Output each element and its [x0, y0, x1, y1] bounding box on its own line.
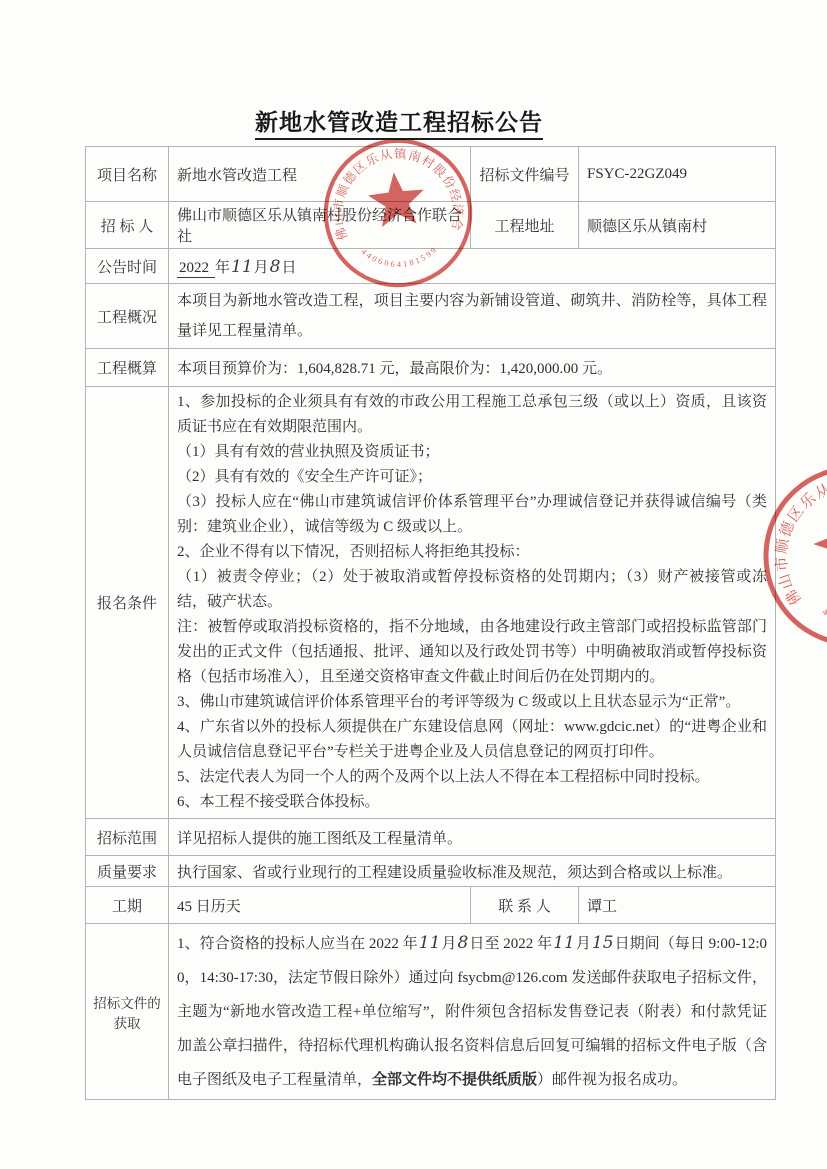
scope-label: 招标范围: [86, 819, 169, 856]
condition-paragraph: 4、广东省以外的投标人须提供在广东建设信息网（网址：www.gdcic.net）…: [177, 715, 767, 765]
condition-paragraph: 1、参加投标的企业须具有有效的市政公用工程施工总承包三级（或以上）资质，且该资质…: [177, 390, 767, 440]
doc-number-label: 招标文件编号: [471, 147, 579, 202]
table-row-duration: 工期 45 日历天 联 系 人 谭工: [86, 887, 776, 924]
obtain-day1-handwritten: 8: [457, 933, 470, 953]
announce-day-handwritten: 8: [269, 257, 282, 277]
overview-value: 本项目为新地水管改造工程，项目主要内容为新铺设管道、砌筑井、消防栓等，具体工程量…: [169, 284, 776, 349]
site-address-value: 顺德区乐从镇南村: [579, 202, 776, 249]
tenderer-value: 佛山市顺德区乐从镇南村股份经济合作联合社: [169, 202, 471, 249]
table-row-obtain-docs: 招标文件的获取 1、符合资格的投标人应当在 2022 年11月8日至 2022 …: [86, 924, 776, 1100]
project-name-value: 新地水管改造工程: [169, 147, 471, 202]
announce-year-unit: 年: [215, 260, 230, 276]
obtain-seg: ）邮件视为报名成功。: [537, 1072, 687, 1088]
announce-month-handwritten: 11: [230, 257, 254, 277]
condition-paragraph: （2）具有有效的《安全生产许可证》；: [177, 465, 767, 490]
table-row-quality: 质量要求 执行国家、省或行业现行的工程建设质量验收标准及规范，须达到合格或以上标…: [86, 856, 776, 887]
obtain-seg: 月: [441, 936, 456, 952]
table-row-project: 项目名称 新地水管改造工程 招标文件编号 FSYC-22GZ049: [86, 147, 776, 202]
page-title: 新地水管改造工程招标公告: [0, 104, 798, 137]
tenderer-label: 招 标 人: [86, 202, 169, 249]
condition-paragraph: （1）被责令停业；（2）处于被取消或暂停投标资格的处罚期内；（3）财产被接管或冻…: [177, 565, 767, 615]
obtain-seg: 日期间（每日 9:00-12:00，14:30-17:30，法定节假日除外）通过…: [177, 936, 767, 1088]
announce-year: 2022: [177, 260, 215, 278]
budget-label: 工程概算: [86, 349, 169, 387]
contact-value: 谭工: [579, 887, 776, 924]
condition-paragraph: 注：被暂停或取消投标资格的，指不分地域，由各地建设行政主管部门或招投标监管部门发…: [177, 615, 767, 690]
condition-paragraph: （3）投标人应在“佛山市建筑诚信评价体系管理平台”办理诚信登记并获得诚信编号（类…: [177, 490, 767, 540]
announce-date-label: 公告时间: [86, 249, 169, 284]
quality-value: 执行国家、省或行业现行的工程建设质量验收标准及规范，须达到合格或以上标准。: [169, 856, 776, 887]
announce-month-unit: 月: [254, 260, 269, 276]
obtain-docs-value: 1、符合资格的投标人应当在 2022 年11月8日至 2022 年11月15日期…: [169, 924, 776, 1100]
table-row-announce-date: 公告时间 2022年11月8日: [86, 249, 776, 284]
seal-star-icon: [805, 497, 827, 582]
conditions-label: 报名条件: [86, 387, 169, 819]
table-row-conditions: 报名条件 1、参加投标的企业须具有有效的市政公用工程施工总承包三级（或以上）资质…: [86, 387, 776, 819]
tender-table: 项目名称 新地水管改造工程 招标文件编号 FSYC-22GZ049 招 标 人 …: [85, 146, 776, 1100]
table-row-tenderer: 招 标 人 佛山市顺德区乐从镇南村股份经济合作联合社 工程地址 顺德区乐从镇南村: [86, 202, 776, 249]
table-row-overview: 工程概况 本项目为新地水管改造工程，项目主要内容为新铺设管道、砌筑井、消防栓等，…: [86, 284, 776, 349]
svg-text:4406064181599: 4406064181599: [818, 576, 827, 639]
seal-number-text: 4406064181599: [818, 576, 827, 639]
project-name-label: 项目名称: [86, 147, 169, 202]
overview-label: 工程概况: [86, 284, 169, 349]
doc-number-value: FSYC-22GZ049: [579, 147, 776, 202]
announce-date-value: 2022年11月8日: [169, 249, 776, 284]
document-page: 新地水管改造工程招标公告 项目名称 新地水管改造工程 招标文件编号 FSYC-2…: [0, 0, 827, 1169]
obtain-seg: 日至 2022 年: [469, 936, 552, 952]
obtain-bold-note: 全部文件均不提供纸质版: [372, 1072, 537, 1088]
budget-value: 本项目预算价为：1,604,828.71 元，最高限价为：1,420,000.0…: [169, 349, 776, 387]
announce-day-unit: 日: [282, 260, 297, 276]
contact-label: 联 系 人: [471, 887, 579, 924]
duration-value: 45 日历天: [169, 887, 471, 924]
obtain-seg: 1、符合资格的投标人应当在 2022 年: [177, 936, 418, 952]
obtain-day2-handwritten: 15: [591, 933, 615, 953]
scope-value: 详见招标人提供的施工图纸及工程量清单。: [169, 819, 776, 856]
obtain-month1-handwritten: 11: [418, 933, 442, 953]
condition-paragraph: 5、法定代表人为同一个人的两个及两个以上法人不得在本工程招标中同时投标。: [177, 765, 767, 790]
obtain-month2-handwritten: 11: [552, 933, 576, 953]
obtain-seg: 月: [576, 936, 591, 952]
site-address-label: 工程地址: [471, 202, 579, 249]
obtain-docs-label: 招标文件的获取: [86, 924, 169, 1100]
table-row-scope: 招标范围 详见招标人提供的施工图纸及工程量清单。: [86, 819, 776, 856]
duration-label: 工期: [86, 887, 169, 924]
table-row-budget: 工程概算 本项目预算价为：1,604,828.71 元，最高限价为：1,420,…: [86, 349, 776, 387]
conditions-value: 1、参加投标的企业须具有有效的市政公用工程施工总承包三级（或以上）资质，且该资质…: [169, 387, 776, 819]
condition-paragraph: 6、本工程不接受联合体投标。: [177, 790, 767, 815]
condition-paragraph: 3、佛山市建筑诚信评价体系管理平台的考评等级为 C 级或以上且状态显示为“正常”…: [177, 690, 767, 715]
quality-label: 质量要求: [86, 856, 169, 887]
condition-paragraph: （1）具有有效的营业执照及资质证书；: [177, 440, 767, 465]
condition-paragraph: 2、企业不得有以下情况，否则招标人将拒绝其投标：: [177, 540, 767, 565]
